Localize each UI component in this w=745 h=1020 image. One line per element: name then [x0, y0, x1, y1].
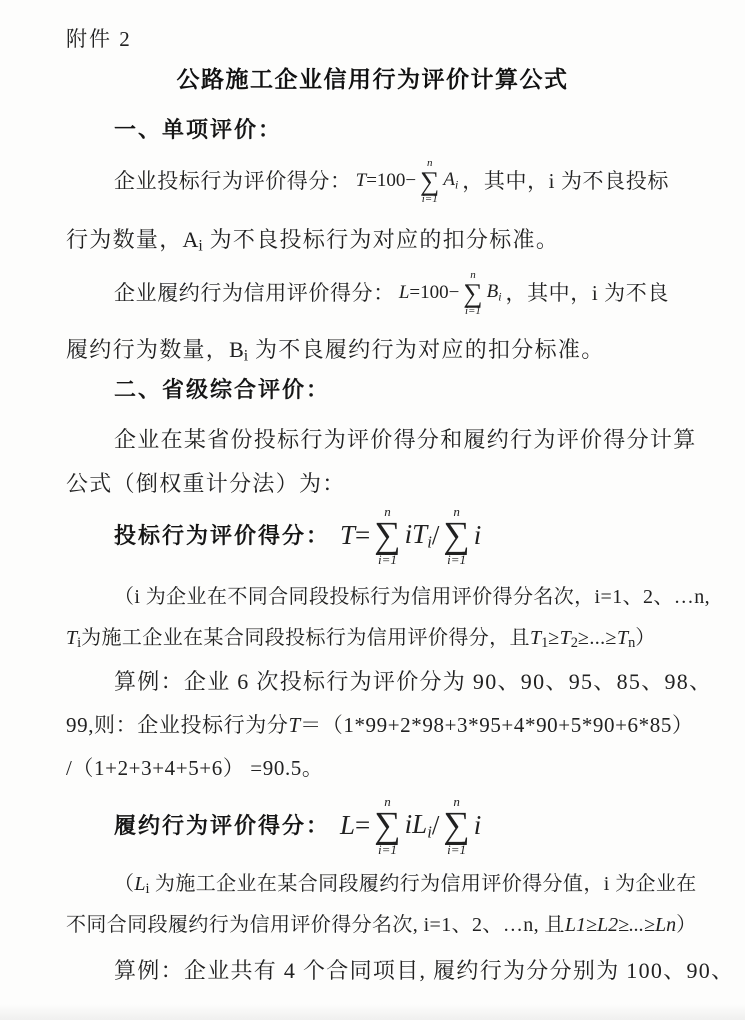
section2-intro-line2: 公式（倒权重计分法）为：	[66, 470, 346, 498]
perf-score-line2: 履约行为数量，Bi 为不良履约行为对应的扣分标准。	[66, 336, 605, 366]
equals-100-minus: =100−	[409, 281, 459, 305]
page-title: 公路施工企业信用行为评价计算公式	[0, 65, 745, 94]
example2-rest: ＝（1*99+2*98+3*95+4*90+5*90+6*85）	[300, 713, 693, 737]
sum-lower-limit: i=1	[378, 553, 397, 567]
open-paren: （	[114, 873, 134, 895]
note2-mid: 为施工企业在某合同段投标行为信用评价得分，且	[81, 627, 530, 649]
perf-score-tail: ，其中，i 为不良	[505, 280, 668, 306]
sum-lower-limit: i=1	[378, 843, 397, 857]
perf-note-line2: 不同合同段履约行为信用评价得分名次, i=1、2、…n, 且L1≥L2≥...≥…	[66, 913, 697, 938]
divide-slash: /	[432, 519, 440, 553]
perf-display-formula: L = n ∑ i=1 iLi / n ∑ i=1 i	[340, 795, 481, 857]
term-Ai-text: Ai	[183, 227, 203, 252]
L-chain: L1≥L2≥...≥Ln	[565, 914, 676, 936]
perf-score-line1: 企业履约行为信用评价得分： L =100− n ∑ i=1 Bi ，其中，i 为…	[114, 264, 669, 322]
geq-ellipsis: ≥...≥	[578, 627, 617, 649]
var-L: L	[134, 873, 145, 895]
close-paren: ）	[635, 627, 655, 649]
equals-100-minus: =100−	[366, 169, 416, 193]
sigma-icon: ∑	[443, 809, 469, 842]
sigma-icon: ∑	[374, 519, 400, 552]
term-i: i	[474, 519, 482, 553]
formula-var-L: L	[340, 809, 355, 843]
bid-score-line1: 企业投标行为评价得分： T =100− n ∑ i=1 Ai ，其中，i 为不良…	[114, 152, 669, 210]
perf-note-line1: （Li 为施工企业在某合同段履约行为信用评价得分值，i 为企业在	[114, 872, 697, 898]
perf-display-formula-line: 履约行为评价得分： L = n ∑ i=1 iLi / n ∑ i=1 i	[114, 794, 481, 858]
summation-symbol: n ∑ i=1	[463, 269, 482, 317]
bid-score-lead: 企业投标行为评价得分：	[114, 168, 352, 194]
summation-symbol: n ∑ i=1	[420, 157, 439, 205]
scan-edge-shadow	[0, 1004, 745, 1020]
bid-score-line2: 行为数量，Ai 为不良投标行为对应的扣分标准。	[66, 226, 559, 256]
sum-lower-limit: i=1	[447, 553, 466, 567]
bid-note-line2: Ti为施工企业在某合同段投标行为信用评价得分，且T1≥T2≥...≥Tn）	[66, 626, 656, 652]
term-i: i	[474, 809, 482, 843]
bid-example-line1: 算例：企业 6 次投标行为评价分为 90、90、95、85、98、	[114, 668, 712, 696]
perf-note1-rest: 为施工企业在某合同段履约行为信用评价得分值，i 为企业在	[150, 873, 697, 895]
perf-formula-label: 履约行为评价得分：	[114, 812, 330, 840]
bid-line2-rest: 为不良投标行为对应的扣分标准。	[203, 227, 559, 252]
sigma-icon: ∑	[443, 519, 469, 552]
section2-heading: 二、省级综合评价：	[114, 376, 330, 404]
var-T: T	[66, 627, 77, 649]
sigma-icon: ∑	[463, 281, 482, 305]
equals-sign: =	[355, 809, 370, 843]
bid-score-formula: T =100− n ∑ i=1 Ai	[356, 157, 459, 205]
term-Bi-text: Bi	[229, 337, 248, 362]
var-T: T	[530, 627, 541, 649]
sum-lower-limit: i=1	[422, 193, 438, 205]
perf-example-line1: 算例：企业共有 4 个合同项目, 履约行为分分别为 100、90、	[114, 957, 734, 985]
close-paren: ）	[676, 914, 696, 936]
var-T: T	[617, 627, 628, 649]
summation-symbol: n ∑ i=1	[374, 505, 400, 567]
formula-var-T: T	[340, 519, 355, 553]
bid-example-line2: 99,则：企业投标行为分T＝（1*99+2*98+3*95+4*90+5*90+…	[66, 712, 694, 738]
var-T: T	[560, 627, 571, 649]
perf-score-lead: 企业履约行为信用评价得分：	[114, 280, 395, 306]
bid-example-line3: /（1+2+3+4+5+6） =90.5。	[66, 755, 324, 781]
bid-formula-label: 投标行为评价得分：	[114, 522, 330, 550]
example2-pre: 99,则：企业投标行为分	[66, 713, 288, 737]
divide-slash: /	[432, 809, 440, 843]
formula-var-T: T	[356, 169, 367, 193]
sigma-icon: ∑	[374, 809, 400, 842]
attachment-label: 附件 2	[66, 26, 132, 52]
section1-heading: 一、单项评价：	[114, 116, 282, 144]
term-iTi: iTi	[405, 518, 432, 554]
formula-var-L: L	[399, 281, 410, 305]
sub-2: 2	[571, 635, 578, 651]
summation-symbol: n ∑ i=1	[443, 795, 469, 857]
bid-display-formula: T = n ∑ i=1 iTi / n ∑ i=1 i	[340, 505, 481, 567]
sum-lower-limit: i=1	[465, 305, 481, 317]
perf-line2-pre: 履约行为数量，	[66, 337, 229, 362]
section2-intro-line1: 企业在某省份投标行为评价得分和履约行为评价得分计算	[114, 426, 697, 454]
var-T: T	[288, 713, 300, 737]
term-Bi: Bi	[487, 280, 502, 305]
equals-sign: =	[355, 519, 370, 553]
scanned-document-page: 附件 2 公路施工企业信用行为评价计算公式 一、单项评价： 企业投标行为评价得分…	[0, 0, 745, 1020]
perf-score-formula: L =100− n ∑ i=1 Bi	[399, 269, 502, 317]
perf-note2-pre: 不同合同段履约行为信用评价得分名次, i=1、2、…n, 且	[66, 914, 565, 936]
sigma-icon: ∑	[420, 169, 439, 193]
geq-sign: ≥	[548, 627, 559, 649]
term-Ai: Ai	[443, 168, 458, 193]
bid-score-tail: ，其中，i 为不良投标	[462, 168, 669, 194]
sum-lower-limit: i=1	[447, 843, 466, 857]
summation-symbol: n ∑ i=1	[374, 795, 400, 857]
term-iLi: iLi	[405, 808, 432, 844]
bid-note-line1: （i 为企业在不同合同段投标行为信用评价得分名次，i=1、2、…n,	[114, 585, 710, 610]
bid-display-formula-line: 投标行为评价得分： T = n ∑ i=1 iTi / n ∑ i=1 i	[114, 504, 481, 568]
perf-line2-rest: 为不良履约行为对应的扣分标准。	[248, 337, 604, 362]
summation-symbol: n ∑ i=1	[443, 505, 469, 567]
bid-line2-pre: 行为数量，	[66, 227, 183, 252]
